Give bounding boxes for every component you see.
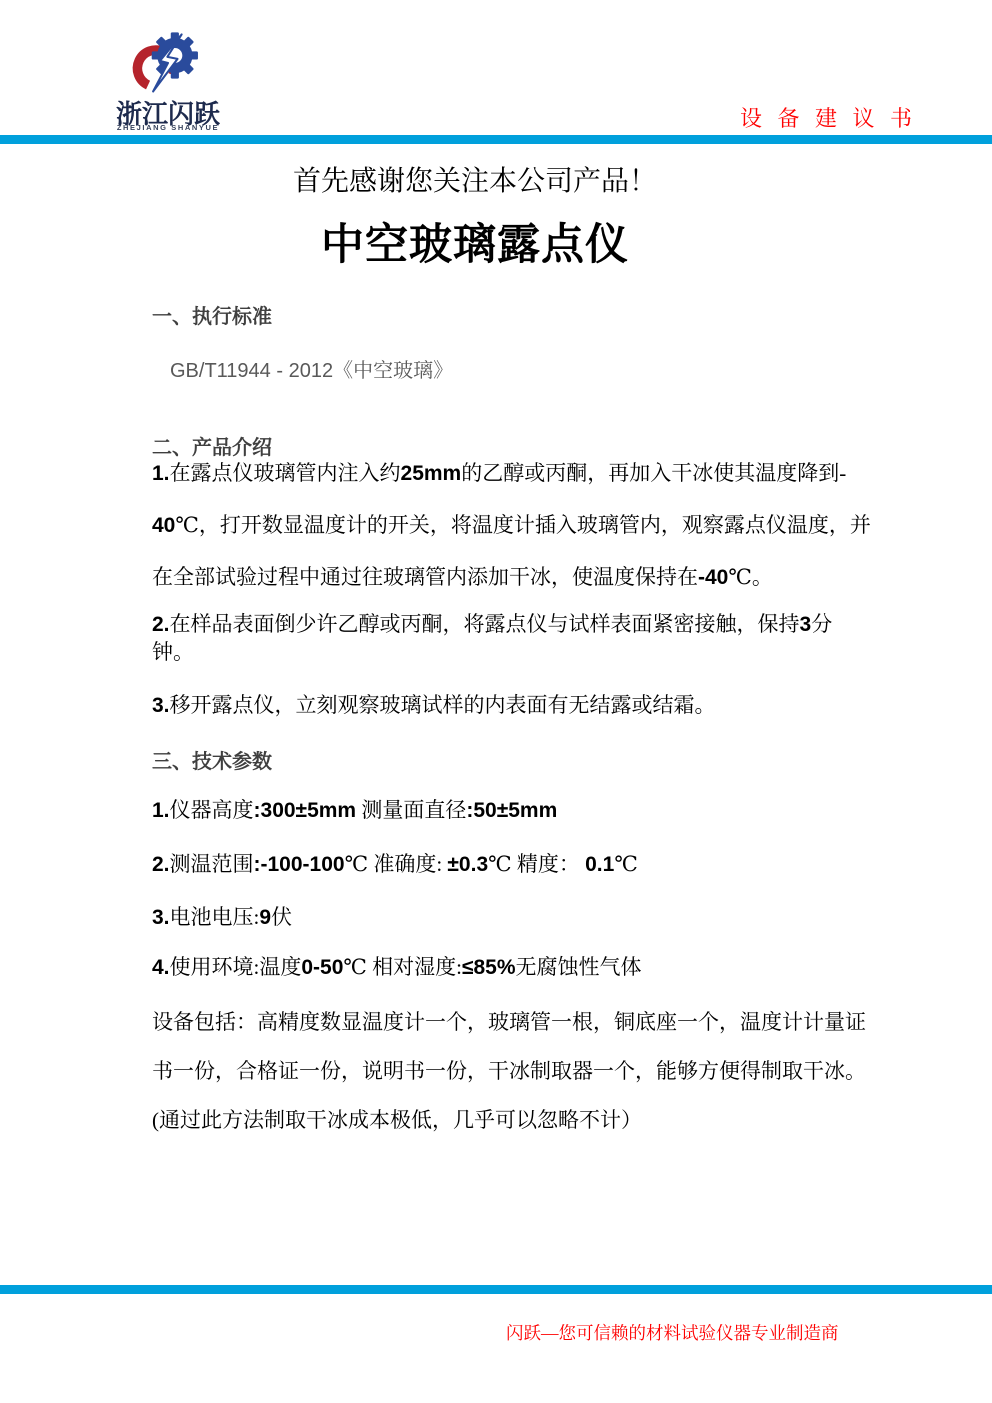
tech-specs-heading: 三、技术参数 [152,745,272,774]
header-divider-bar [0,135,992,144]
equipment-include-line: (通过此方法制取干冰成本极低，几乎可以忽略不计） [152,1104,642,1134]
product-step-line: 1.在露点仪玻璃管内注入约25mm的乙醇或丙酮，再加入干冰使其温度降到- [152,457,846,487]
tech-spec-line: 2.测温范围:-100-100℃ 准确度: ±0.3℃ 精度： 0.1℃ [152,848,638,878]
doc-type-label: 设 备 建 议 书 [740,102,917,133]
product-step-line: 40℃，打开数显温度计的开关，将温度计插入玻璃管内，观察露点仪温度，并 [152,509,871,539]
company-gear-logo-icon [128,31,204,99]
tech-spec-line: 4.使用环境:温度0-50℃ 相对湿度:≤85%无腐蚀性气体 [152,951,642,981]
product-title: 中空玻璃露点仪 [0,211,950,272]
tech-spec-line: 3.电池电压:9伏 [152,901,292,931]
footer-divider-bar [0,1285,992,1294]
standard-section-heading: 一、执行标准 [152,300,272,329]
thanks-line: 首先感谢您关注本公司产品！ [0,159,950,199]
product-intro-heading: 二、产品介绍 [152,431,272,460]
logo-company-name-en: ZHEJIANG SHANYUE [108,123,228,132]
product-step-line: 在全部试验过程中通过往玻璃管内添加干冰，使温度保持在-40℃。 [152,561,773,591]
product-step-line: 3.移开露点仪，立刻观察玻璃试样的内表面有无结露或结霜。 [152,689,716,719]
product-step-line: 2.在样品表面倒少许乙醇或丙酮，将露点仪与试样表面紧密接触，保持3分 [152,608,832,638]
equipment-include-line: 书一份，合格证一份，说明书一份，干冰制取器一个，能够方便得制取干冰。 [152,1055,866,1085]
equipment-include-line: 设备包括：高精度数显温度计一个，玻璃管一根，铜底座一个，温度计计量证 [152,1006,866,1036]
document-page: 浙江闪跃 ZHEJIANG SHANYUE 设 备 建 议 书 首先感谢您关注本… [0,0,992,1403]
footer-slogan: 闪跃—您可信赖的材料试验仪器专业制造商 [506,1320,839,1345]
tech-spec-line: 1.仪器高度:300±5mm 测量面直径:50±5mm [152,794,557,824]
product-step-line: 钟。 [152,636,194,666]
standard-body: GB/T11944 - 2012《中空玻璃》 [170,354,453,383]
